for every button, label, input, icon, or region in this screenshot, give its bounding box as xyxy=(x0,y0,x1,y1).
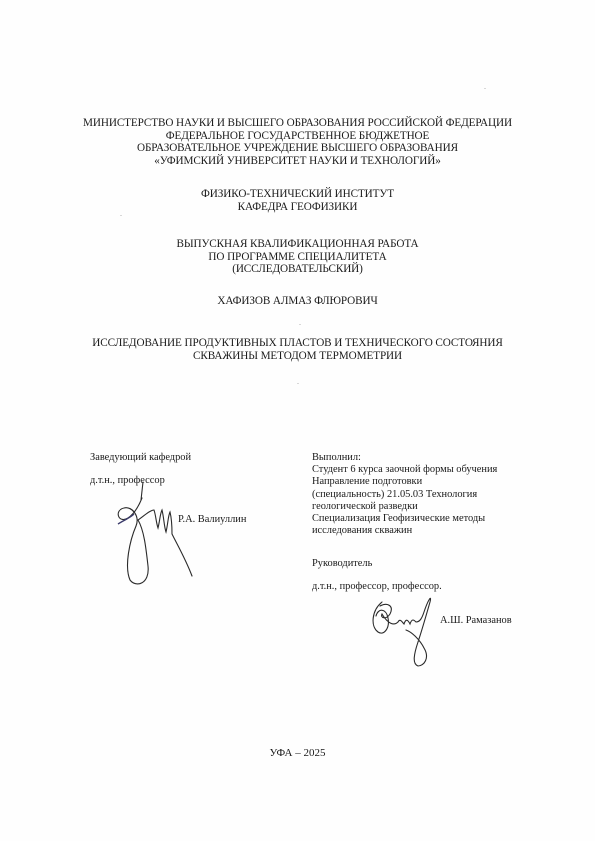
scan-speck xyxy=(297,383,299,384)
department-name: КАФЕДРА ГЕОФИЗИКИ xyxy=(0,201,595,214)
performer-specialty: (специальность) 21.05.03 Технология xyxy=(312,489,497,501)
performer-specialization: Специализация Геофизические методы xyxy=(312,513,497,525)
scan-speck xyxy=(120,215,122,216)
supervisor-title: Руководитель xyxy=(312,558,372,570)
performer-block: Выполнил: Студент 6 курса заочной формы … xyxy=(312,452,497,537)
thesis-type: ВЫПУСКНАЯ КВАЛИФИКАЦИОННАЯ РАБОТА ПО ПРО… xyxy=(0,238,595,276)
performer-course: Студент 6 курса заочной формы обучения xyxy=(312,464,497,476)
author-name-text: ХАФИЗОВ АЛМАЗ ФЛЮРОВИЧ xyxy=(0,295,595,308)
university-name: «УФИМСКИЙ УНИВЕРСИТЕТ НАУКИ И ТЕХНОЛОГИЙ… xyxy=(0,155,595,168)
supervisor-degree: д.т.н., профессор, профессор. xyxy=(312,581,442,593)
thesis-topic: ИССЛЕДОВАНИЕ ПРОДУКТИВНЫХ ПЛАСТОВ И ТЕХН… xyxy=(0,337,595,362)
ministry-line: ОБРАЗОВАТЕЛЬНОЕ УЧРЕЖДЕНИЕ ВЫСШЕГО ОБРАЗ… xyxy=(0,142,595,155)
head-of-department-degree: д.т.н., профессор xyxy=(90,475,165,487)
performer-specialization-cont: исследования скважин xyxy=(312,525,497,537)
supervisor-name: А.Ш. Рамазанов xyxy=(440,615,512,626)
scan-speck xyxy=(299,324,301,325)
institute-header: ФИЗИКО-ТЕХНИЧЕСКИЙ ИНСТИТУТ КАФЕДРА ГЕОФ… xyxy=(0,188,595,213)
performer-specialty-cont: геологической разведки xyxy=(312,501,497,513)
thesis-type-line: ПО ПРОГРАММЕ СПЕЦИАЛИТЕТА xyxy=(0,251,595,264)
thesis-topic-line: СКВАЖИНЫ МЕТОДОМ ТЕРМОМЕТРИИ xyxy=(0,350,595,363)
thesis-type-line: (ИССЛЕДОВАТЕЛЬСКИЙ) xyxy=(0,263,595,276)
footer-city-year: УФА – 2025 xyxy=(0,747,595,759)
ministry-line: МИНИСТЕРСТВО НАУКИ И ВЫСШЕГО ОБРАЗОВАНИЯ… xyxy=(0,117,595,130)
ministry-header: МИНИСТЕРСТВО НАУКИ И ВЫСШЕГО ОБРАЗОВАНИЯ… xyxy=(0,117,595,167)
head-of-department-name: Р.А. Валиуллин xyxy=(178,514,246,525)
scan-speck xyxy=(484,88,486,89)
thesis-type-line: ВЫПУСКНАЯ КВАЛИФИКАЦИОННАЯ РАБОТА xyxy=(0,238,595,251)
performer-direction: Направление подготовки xyxy=(312,476,497,488)
institute-name: ФИЗИКО-ТЕХНИЧЕСКИЙ ИНСТИТУТ xyxy=(0,188,595,201)
title-page: МИНИСТЕРСТВО НАУКИ И ВЫСШЕГО ОБРАЗОВАНИЯ… xyxy=(0,0,595,841)
performer-label: Выполнил: xyxy=(312,452,497,464)
head-of-department-signature xyxy=(110,480,200,590)
head-of-department-title: Заведующий кафедрой xyxy=(90,452,191,464)
author-name: ХАФИЗОВ АЛМАЗ ФЛЮРОВИЧ xyxy=(0,295,595,308)
thesis-topic-line: ИССЛЕДОВАНИЕ ПРОДУКТИВНЫХ ПЛАСТОВ И ТЕХН… xyxy=(0,337,595,350)
ministry-line: ФЕДЕРАЛЬНОЕ ГОСУДАРСТВЕННОЕ БЮДЖЕТНОЕ xyxy=(0,130,595,143)
supervisor-signature xyxy=(368,592,448,670)
